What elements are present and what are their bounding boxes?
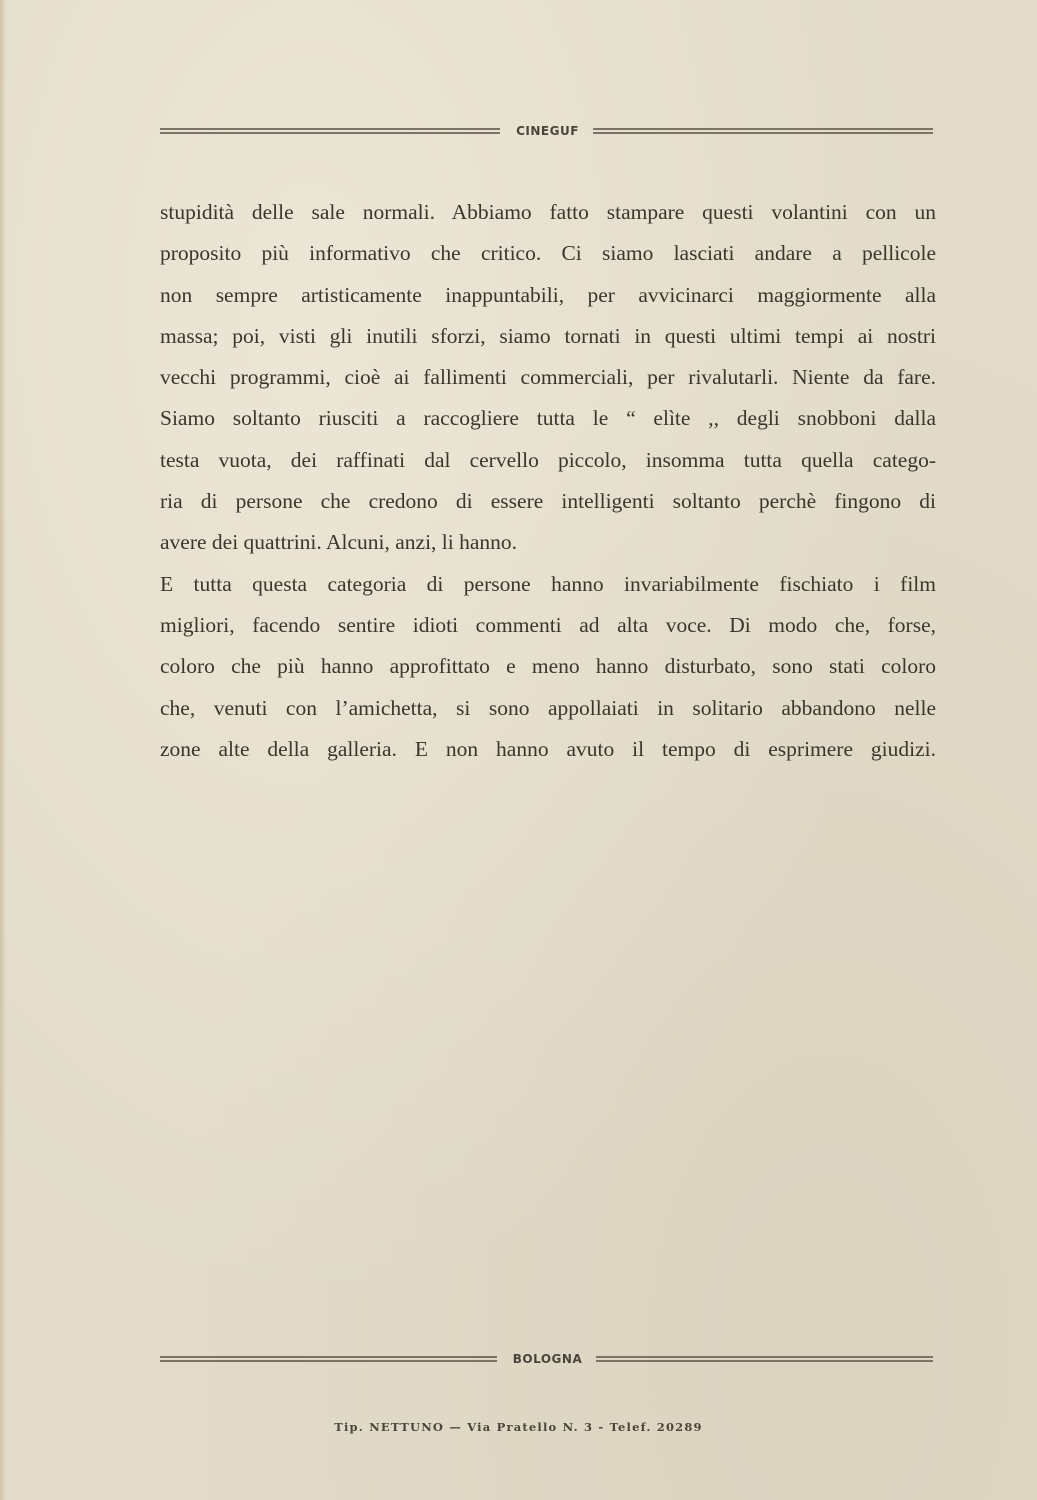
paper-edge	[0, 0, 6, 1500]
paragraph-1: stupidità delle sale normali. Abbiamo fa…	[160, 192, 936, 564]
header-rule-left	[160, 128, 500, 134]
text-line: migliori, facendo sentire idioti comment…	[160, 605, 936, 646]
footer-rule-left	[160, 1356, 497, 1362]
body-text: stupidità delle sale normali. Abbiamo fa…	[160, 192, 936, 770]
text-line: E tutta questa categoria di persone hann…	[160, 564, 936, 605]
text-line: non sempre artisticamente inappuntabili,…	[160, 275, 936, 316]
text-line: ria di persone che credono di essere int…	[160, 481, 936, 522]
footer-rule: BOLOGNA	[160, 1349, 933, 1369]
paragraph-2: E tutta questa categoria di persone hann…	[160, 564, 936, 770]
text-line: che, venuti con l’amichetta, si sono app…	[160, 688, 936, 729]
text-line: vecchi programmi, cioè ai fallimenti com…	[160, 357, 936, 398]
header-rule: CINEGUF	[160, 121, 933, 141]
document-page: CINEGUF stupidità delle sale normali. Ab…	[0, 0, 1037, 1500]
text-line: proposito più informativo che critico. C…	[160, 233, 936, 274]
text-line: Siamo soltanto riusciti a raccogliere tu…	[160, 398, 936, 439]
text-line: zone alte della galleria. E non hanno av…	[160, 729, 936, 770]
header-rule-right	[593, 128, 933, 134]
text-line: massa; poi, visti gli inutili sforzi, si…	[160, 316, 936, 357]
header-label: CINEGUF	[500, 124, 593, 138]
text-line: testa vuota, dei raffinati dal cervello …	[160, 440, 936, 481]
text-line: avere dei quattrini. Alcuni, anzi, li ha…	[160, 522, 936, 563]
footer-label: BOLOGNA	[497, 1352, 596, 1366]
printer-imprint: Tip. NETTUNO — Via Pratello N. 3 - Telef…	[0, 1420, 1037, 1434]
text-line: coloro che più hanno approfittato e meno…	[160, 646, 936, 687]
text-line: stupidità delle sale normali. Abbiamo fa…	[160, 192, 936, 233]
footer-rule-right	[596, 1356, 933, 1362]
